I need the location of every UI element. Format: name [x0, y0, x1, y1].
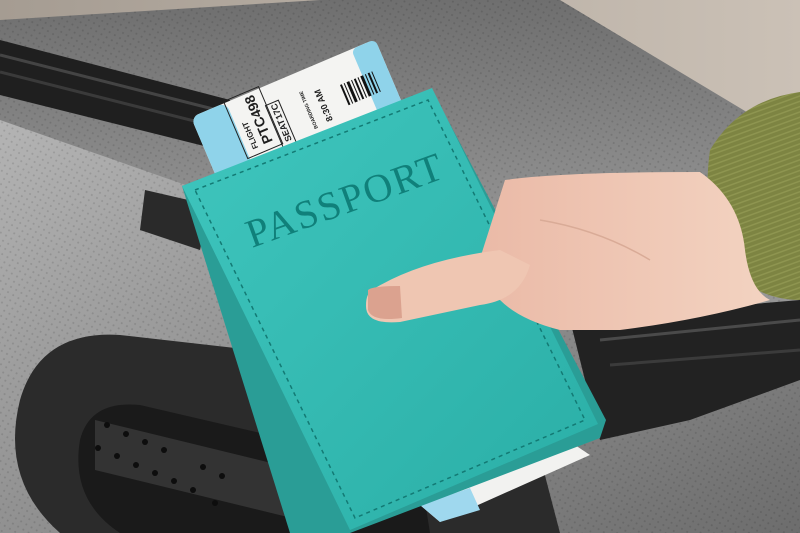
photo-canvas: FLIGHT PTC498 SEAT 17C BOARDING TIME 8:3… [0, 0, 800, 533]
thumbnail [368, 286, 402, 319]
photo-scene: FLIGHT PTC498 SEAT 17C BOARDING TIME 8:3… [0, 0, 800, 533]
